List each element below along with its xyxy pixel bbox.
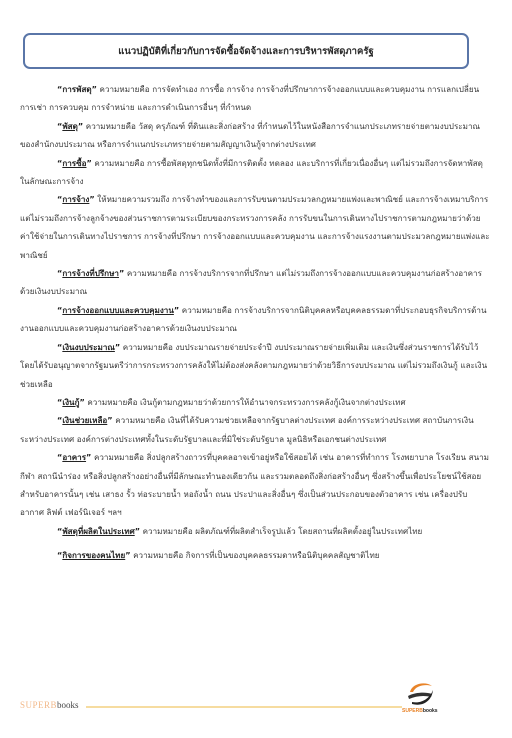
term: การซื้อ bbox=[62, 158, 86, 168]
definition-1: “พัสดุ” ความหมายคือ วัสดุ ครุภัณฑ์ ที่ดิ… bbox=[20, 117, 490, 154]
title-box: แนวปฏิบัติที่เกี่ยวกับการจัดซื้อจัดจ้างแ… bbox=[23, 33, 469, 69]
definition-text: ความหมายคือ เงินกู้ตามกฎหมายว่าด้วยการให… bbox=[85, 397, 406, 407]
logo-text: SUPERBbooks bbox=[402, 708, 438, 714]
term: พัสดุที่ผลิตในประเทศ bbox=[62, 526, 134, 536]
term: การพัสดุ bbox=[62, 84, 91, 94]
definition-text: ความหมายคือ วัสดุ ครุภัณฑ์ ที่ดินและสิ่ง… bbox=[20, 121, 480, 149]
definition-11: “กิจการของคนไทย” ความหมายคือ กิจการที่เป… bbox=[20, 546, 490, 564]
term: เงินกู้ bbox=[62, 397, 79, 407]
definition-6: “เงินงบประมาณ” ความหมายคือ งบประมาณรายจ่… bbox=[20, 338, 490, 393]
definition-text: ความหมายคือ กิจการที่เป็นของบุคคลธรรมดาห… bbox=[131, 550, 380, 560]
swoosh-logo-icon bbox=[402, 680, 438, 708]
definition-text: ความหมายคือ ผลิตภัณฑ์ที่ผลิตสำเร็จรูปแล้… bbox=[140, 526, 422, 536]
term: กิจการของคนไทย bbox=[62, 550, 125, 560]
term: การจ้าง bbox=[62, 194, 89, 204]
definition-5: “การจ้างออกแบบและควบคุมงาน” ความหมายคือ … bbox=[20, 301, 490, 338]
definition-3: “การจ้าง” ให้หมายความรวมถึง การจ้างทำของ… bbox=[20, 190, 490, 264]
page-title: แนวปฏิบัติที่เกี่ยวกับการจัดซื้อจัดจ้างแ… bbox=[118, 44, 373, 59]
term: การจ้างออกแบบและควบคุมงาน bbox=[62, 305, 174, 315]
definition-0: “การพัสดุ” ความหมายคือ การจัดทำเอง การซื… bbox=[20, 80, 490, 117]
page-footer: SUPERBbooks bbox=[20, 700, 440, 714]
term: อาคาร bbox=[62, 452, 86, 462]
definition-10: “พัสดุที่ผลิตในประเทศ” ความหมายคือ ผลิตภ… bbox=[20, 522, 490, 540]
superbooks-logo: SUPERBbooks bbox=[402, 680, 438, 720]
definition-4: “การจ้างที่ปรึกษา” ความหมายคือ การจ้างบร… bbox=[20, 264, 490, 301]
term: เงินช่วยเหลือ bbox=[62, 415, 107, 425]
definition-9: “อาคาร” ความหมายคือ สิ่งปลูกสร้างถาวรที่… bbox=[20, 448, 490, 522]
term: เงินงบประมาณ bbox=[62, 342, 115, 352]
definitions-list: “การพัสดุ” ความหมายคือ การจัดทำเอง การซื… bbox=[20, 80, 490, 565]
term: การจ้างที่ปรึกษา bbox=[62, 268, 119, 278]
footer-divider bbox=[86, 706, 402, 708]
term: พัสดุ bbox=[62, 121, 78, 131]
definition-text: ความหมายคือ สิ่งปลูกสร้างถาวรที่บุคคลอาจ… bbox=[20, 452, 489, 517]
definition-8: “เงินช่วยเหลือ” ความหมายคือ เงินที่ได้รั… bbox=[20, 411, 490, 448]
definition-7: “เงินกู้” ความหมายคือ เงินกู้ตามกฎหมายว่… bbox=[20, 393, 490, 411]
definition-2: “การซื้อ” ความหมายคือ การซื้อพัสดุทุกชนิ… bbox=[20, 154, 490, 191]
footer-brand: SUPERBbooks bbox=[20, 700, 79, 710]
